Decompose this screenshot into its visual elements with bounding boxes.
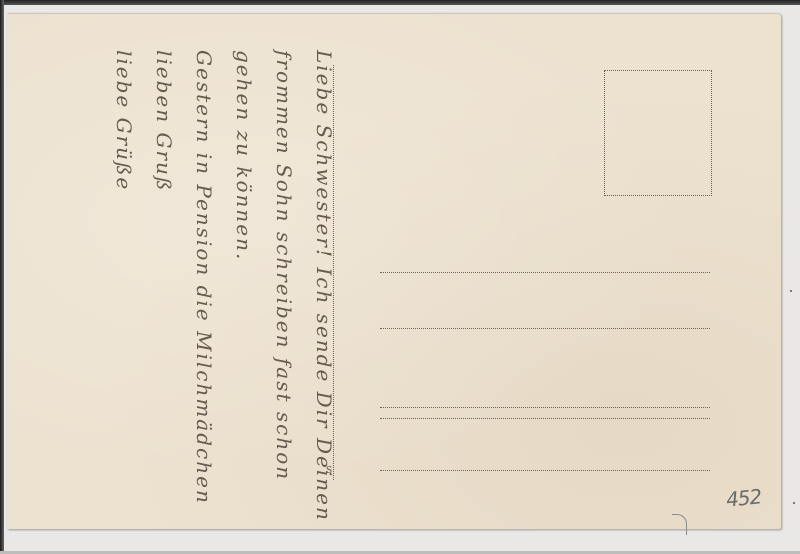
address-line [380,272,710,273]
dust-speck [793,502,795,504]
pencil-note: 452 [725,484,763,512]
message-line: liebe Grüße [112,50,136,191]
message-address-divider [333,65,334,480]
pencil-mark [672,514,687,535]
handwritten-message: Liebe Schwester! Ich sende Dir Deinen fr… [60,50,335,480]
dust-speck [790,290,792,292]
message-line: Gestern in Pension die Milchmädchen [192,50,216,505]
stamp-box [604,70,712,196]
address-line [380,470,710,471]
scanner-edge-left [0,0,4,554]
message-line: frommen Sohn schreiben fast schon [272,50,296,481]
address-line [380,407,710,408]
divider-mark: S [326,466,332,476]
scanner-edge-top [0,0,800,5]
address-line [380,328,710,329]
address-line [380,418,710,419]
message-line: gehen zu können. [232,50,256,261]
message-line: lieben Gruß [152,50,176,192]
